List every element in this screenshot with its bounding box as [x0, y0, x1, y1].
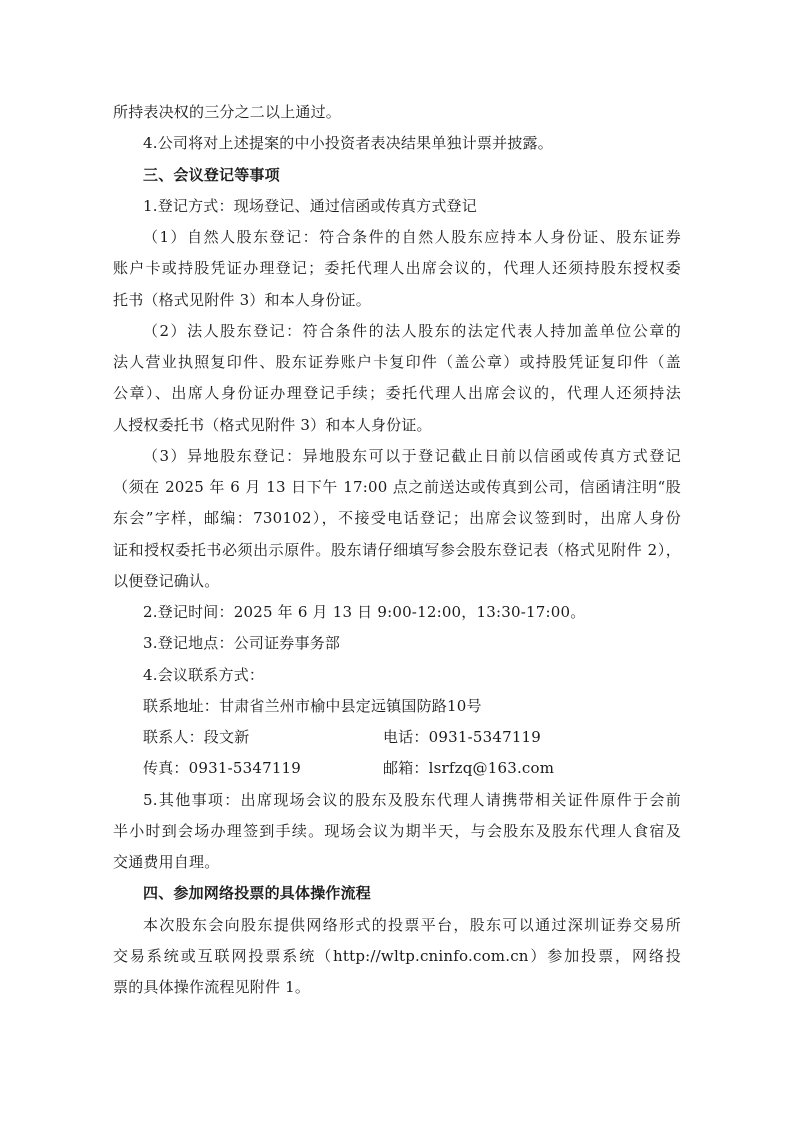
document-page: 所持表决权的三分之二以上通过。 4.公司将对上述提案的中小投资者表决结果单独计票… — [113, 97, 681, 1003]
text-line: 公章）、出席人身份证办理登记手续；委托代理人出席会议的，代理人还须持法 — [113, 378, 681, 409]
text-line: 所持表决权的三分之二以上通过。 — [113, 97, 681, 128]
text-line: 东会”字样，邮编：730102），不接受电话登记；出席会议签到时，出席人身份 — [113, 503, 681, 534]
section-heading: 三、会议登记等事项 — [113, 160, 681, 191]
text-line: 5.其他事项：出席现场会议的股东及股东代理人请携带相关证件原件于会前 — [113, 785, 681, 816]
text-line: 以便登记确认。 — [113, 566, 681, 597]
text-line: 交通费用自理。 — [113, 847, 681, 878]
text-line: （须在 2025 年 6 月 13 日下午 17:00 点之前送达或传真到公司，… — [113, 472, 681, 503]
text-line: 2.登记时间：2025 年 6 月 13 日 9:00-12:00，13:30-… — [113, 597, 681, 628]
text-line: 票的具体操作流程见附件 1。 — [113, 972, 681, 1003]
text-line: 人授权委托书（格式见附件 3）和本人身份证。 — [113, 410, 681, 441]
section-heading: 四、参加网络投票的具体操作流程 — [113, 878, 681, 909]
text-line: （3）异地股东登记：异地股东可以于登记截止日前以信函或传真方式登记 — [113, 441, 681, 472]
contact-person: 联系人：段文新 — [143, 722, 383, 753]
text-line: 本次股东会向股东提供网络形式的投票平台，股东可以通过深圳证券交易所 — [113, 910, 681, 941]
contact-row: 传真：0931-5347119 邮箱：lsrfzq@163.com — [113, 753, 681, 784]
contact-row: 联系人：段文新 电话：0931-5347119 — [113, 722, 681, 753]
contact-fax: 传真：0931-5347119 — [143, 753, 383, 784]
text-line: 3.登记地点：公司证券事务部 — [113, 628, 681, 659]
contact-phone: 电话：0931-5347119 — [383, 722, 541, 753]
text-line: （2）法人股东登记：符合条件的法人股东的法定代表人持加盖单位公章的 — [113, 316, 681, 347]
text-line: 法人营业执照复印件、股东证券账户卡复印件（盖公章）或持股凭证复印件（盖 — [113, 347, 681, 378]
text-line: 半小时到会场办理签到手续。现场会议为期半天，与会股东及股东代理人食宿及 — [113, 816, 681, 847]
text-line: （1）自然人股东登记：符合条件的自然人股东应持本人身份证、股东证券 — [113, 222, 681, 253]
text-line: 4.会议联系方式： — [113, 660, 681, 691]
text-line: 交易系统或互联网投票系统（http://wltp.cninfo.com.cn）参… — [113, 941, 681, 972]
contact-address: 联系地址：甘肃省兰州市榆中县定远镇国防路10号 — [113, 691, 681, 722]
text-line: 4.公司将对上述提案的中小投资者表决结果单独计票并披露。 — [113, 128, 681, 159]
contact-email: 邮箱：lsrfzq@163.com — [383, 753, 554, 784]
text-line: 托书（格式见附件 3）和本人身份证。 — [113, 285, 681, 316]
item-title: 1.登记方式：现场登记、通过信函或传真方式登记 — [113, 191, 681, 222]
text-line: 账户卡或持股凭证办理登记；委托代理人出席会议的，代理人还须持股东授权委 — [113, 253, 681, 284]
text-line: 证和授权委托书必须出示原件。股东请仔细填写参会股东登记表（格式见附件 2）， — [113, 535, 681, 566]
